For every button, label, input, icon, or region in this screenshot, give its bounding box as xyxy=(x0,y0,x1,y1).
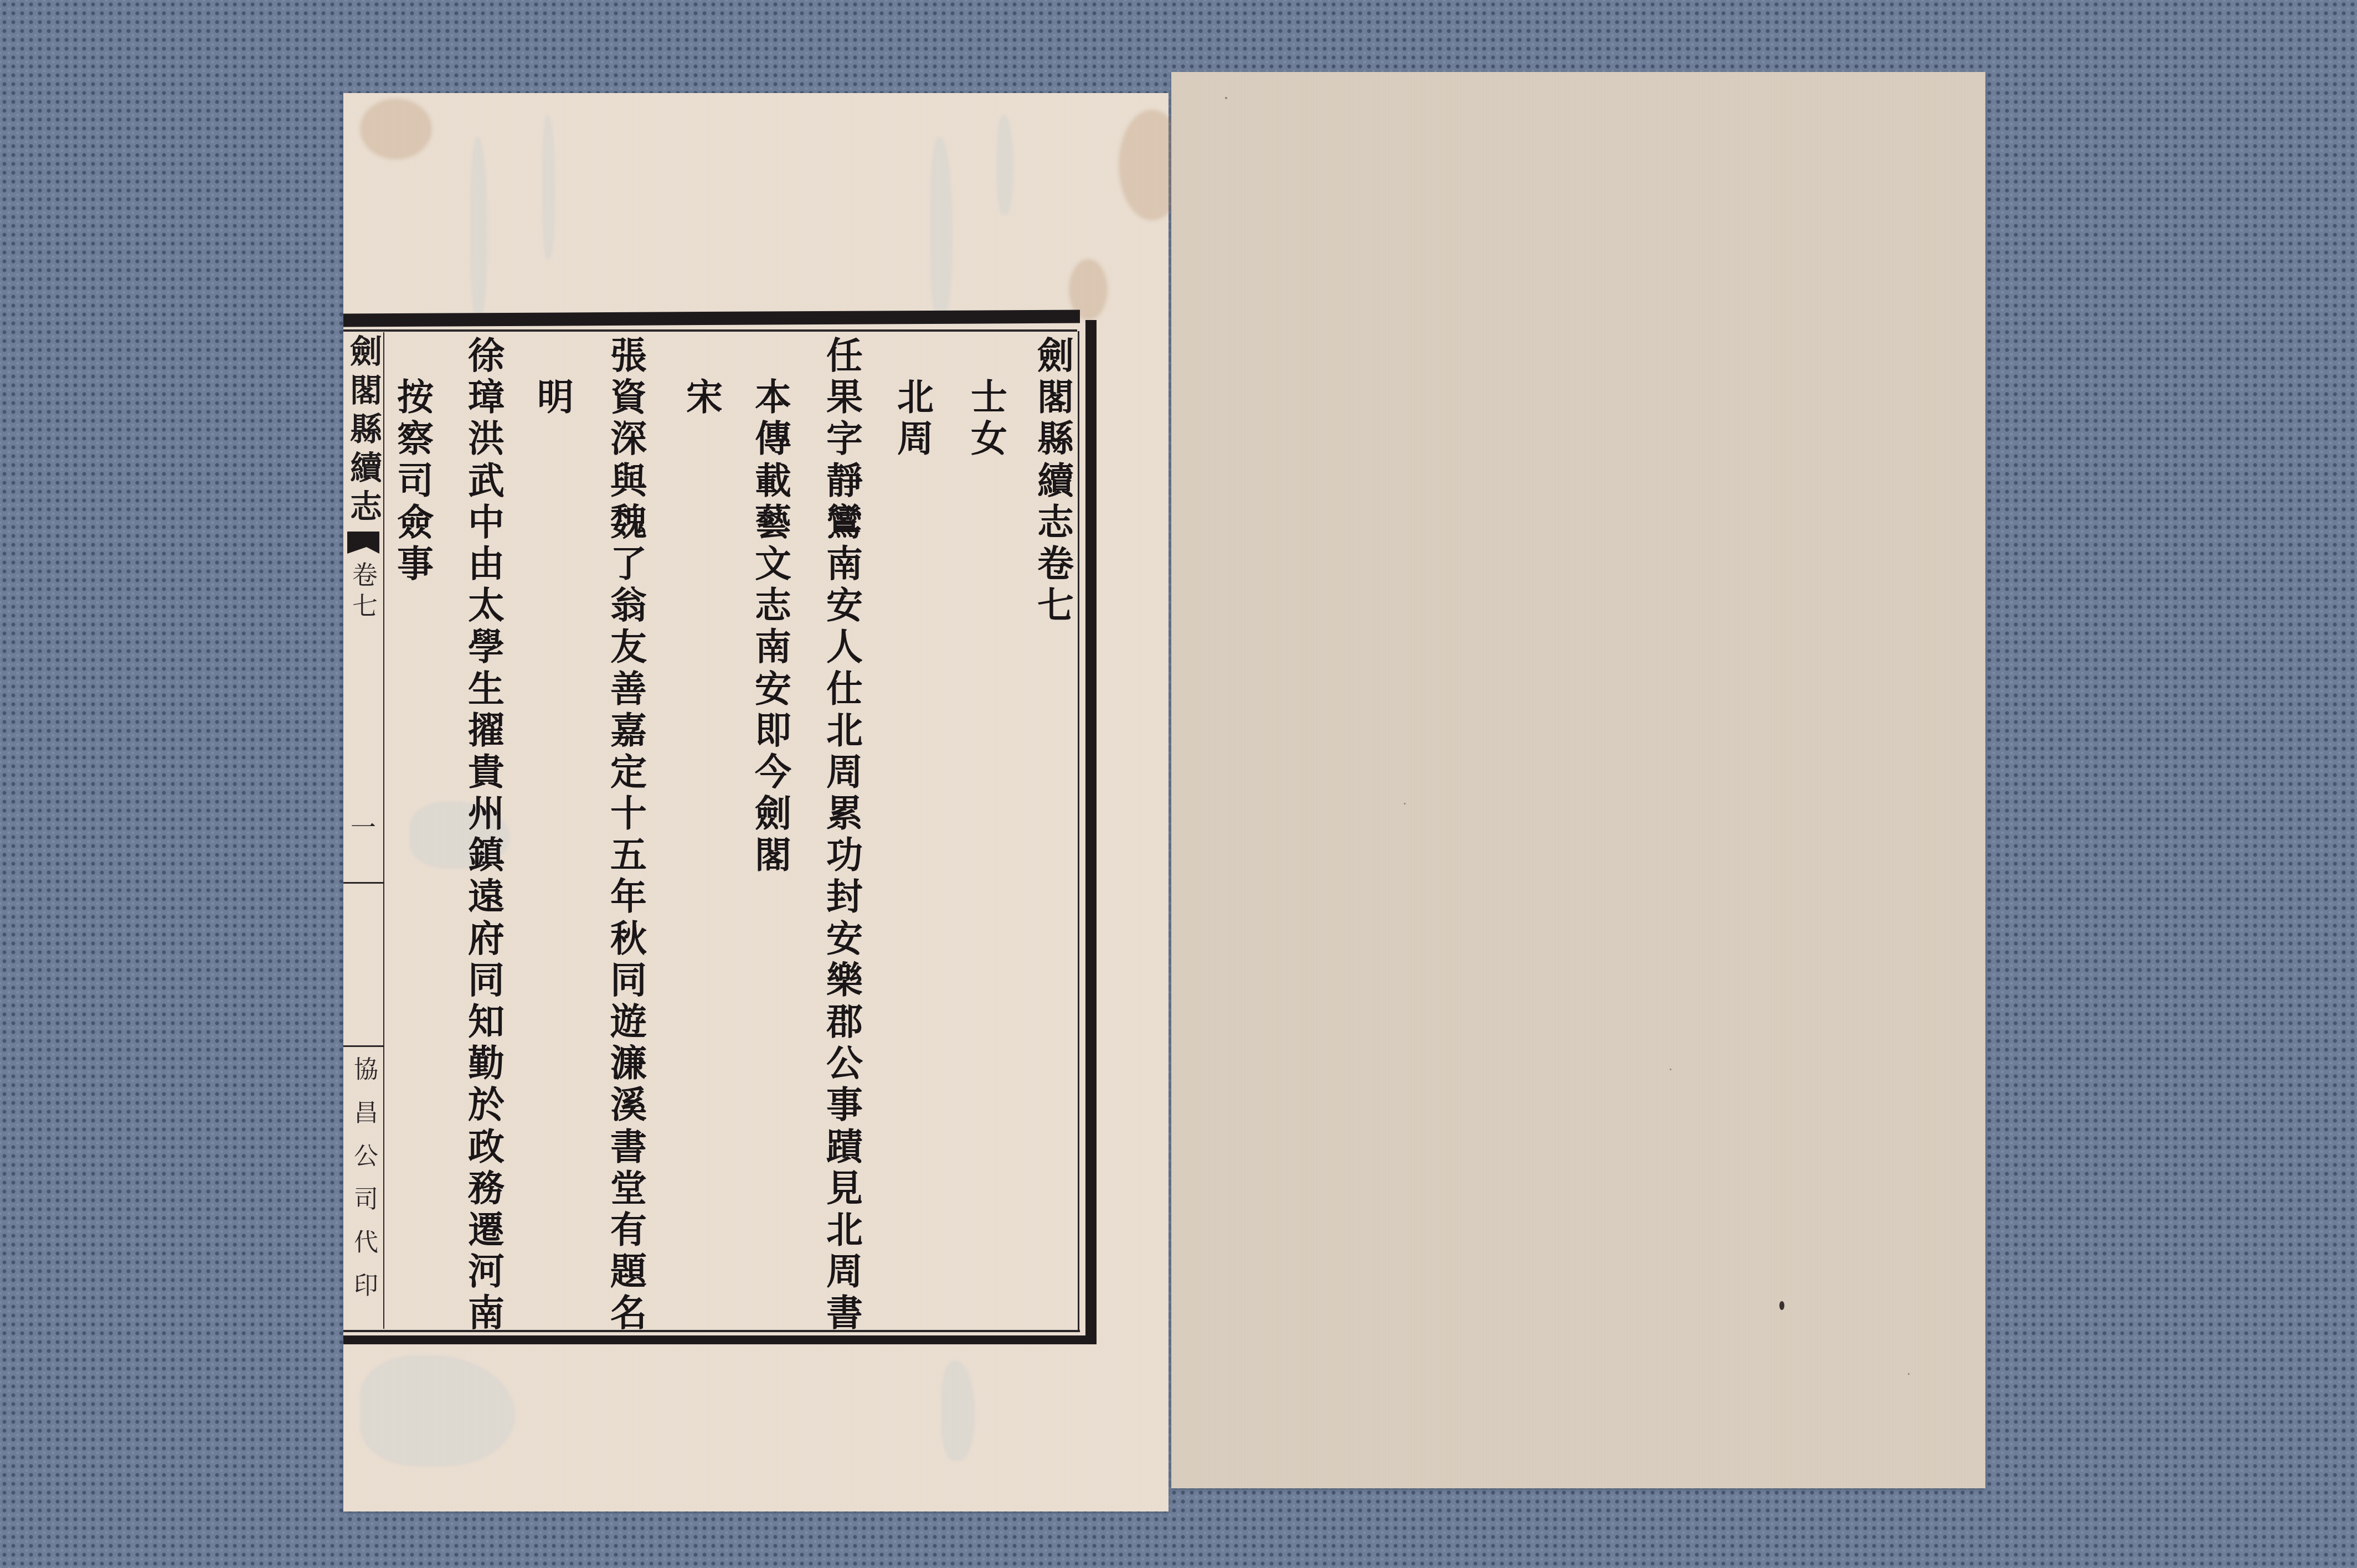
character: 資 xyxy=(605,376,652,418)
character: 志 xyxy=(1032,502,1079,543)
text-column-title: 劍閣縣續志卷七 xyxy=(1032,335,1079,626)
character: 善 xyxy=(605,668,652,710)
character: 遊 xyxy=(605,1001,652,1043)
text-column-entry-cont: 本傳載藝文志南安即今劍閣 xyxy=(750,335,796,876)
fiber-speck xyxy=(1908,1373,1910,1375)
character: 功 xyxy=(821,834,868,876)
center-fold-line xyxy=(383,332,384,1329)
character: 學 xyxy=(463,626,510,668)
character: 同 xyxy=(463,960,510,1001)
character: 務 xyxy=(463,1168,510,1209)
indent-space xyxy=(892,335,939,376)
text-column-dynasty: 宋 xyxy=(681,335,728,418)
character: 擢 xyxy=(463,710,510,751)
character: 卷 xyxy=(1032,543,1079,585)
water-stain xyxy=(360,99,432,159)
character: 年 xyxy=(605,876,652,917)
character: 公 xyxy=(821,1043,868,1084)
character: 封 xyxy=(821,876,868,917)
indent-space xyxy=(392,335,439,376)
right-page-blank xyxy=(1171,72,1985,1488)
character: 明 xyxy=(532,376,579,418)
indent-space xyxy=(750,335,796,376)
character: 友 xyxy=(605,626,652,668)
character: 縣 xyxy=(1032,418,1079,460)
character: 任 xyxy=(821,335,868,376)
character: 河 xyxy=(463,1251,510,1292)
character: 有 xyxy=(605,1209,652,1251)
center-fold-volume: 卷七 xyxy=(347,561,380,623)
character: 安 xyxy=(821,585,868,626)
frame-right-border xyxy=(1085,320,1097,1342)
water-stain xyxy=(360,1355,515,1466)
fiber-speck xyxy=(1225,97,1227,99)
character: 鸞 xyxy=(821,502,868,543)
left-page: 劍閣縣續志 卷七 一 協昌公司代印 劍閣縣續志卷七 士女 北周 任果字靜鸞南安人… xyxy=(343,93,1169,1512)
frame-bottom-inner-line xyxy=(343,1330,1080,1332)
character: 中 xyxy=(463,502,510,543)
water-stain xyxy=(471,137,487,320)
character: 深 xyxy=(605,418,652,460)
character: 宋 xyxy=(681,376,728,418)
character: 政 xyxy=(463,1126,510,1168)
character: 傳 xyxy=(750,418,796,460)
center-fold-printer: 協昌公司代印 xyxy=(347,1056,380,1316)
character: 北 xyxy=(821,1209,868,1251)
character: 周 xyxy=(821,1251,868,1292)
text-column-entry: 徐璋洪武中由太學生擢貴州鎮遠府同知勤於政務遷河南 xyxy=(463,335,510,1334)
character: 載 xyxy=(750,460,796,502)
character: 書 xyxy=(821,1292,868,1334)
character: 遠 xyxy=(463,876,510,917)
character: 書 xyxy=(605,1126,652,1168)
water-stain xyxy=(941,1361,975,1461)
text-column-entry: 張資深與魏了翁友善嘉定十五年秋同遊濂溪書堂有題名 xyxy=(605,335,652,1334)
character: 文 xyxy=(750,543,796,585)
character: 七 xyxy=(1032,585,1079,626)
text-column-dynasty: 明 xyxy=(532,335,579,418)
character: 濂 xyxy=(605,1043,652,1084)
character: 郡 xyxy=(821,1001,868,1043)
character: 司 xyxy=(392,460,439,502)
text-column-category: 士女 xyxy=(966,335,1012,460)
fish-tail-mark-icon xyxy=(347,532,379,554)
text-column-dynasty: 北周 xyxy=(892,335,939,460)
character: 南 xyxy=(750,626,796,668)
character: 貴 xyxy=(463,751,510,793)
character: 劍 xyxy=(1032,335,1079,376)
character: 州 xyxy=(463,793,510,834)
character: 武 xyxy=(463,460,510,502)
indent-space xyxy=(532,335,579,376)
character: 翁 xyxy=(605,585,652,626)
text-column-entry-cont: 按察司僉事 xyxy=(392,335,439,585)
character: 同 xyxy=(605,960,652,1001)
character: 蹟 xyxy=(821,1126,868,1168)
center-fold-title: 劍閣縣續志 xyxy=(347,334,380,528)
character: 勤 xyxy=(463,1043,510,1084)
character: 鎮 xyxy=(463,834,510,876)
character: 五 xyxy=(605,834,652,876)
character: 本 xyxy=(750,376,796,418)
water-stain xyxy=(543,115,555,259)
character: 累 xyxy=(821,793,868,834)
center-fold-page-number: 一 xyxy=(347,807,380,847)
character: 北 xyxy=(892,376,939,418)
center-fold-divider xyxy=(343,1045,383,1047)
character: 周 xyxy=(892,418,939,460)
character: 見 xyxy=(821,1168,868,1209)
character: 志 xyxy=(750,585,796,626)
character: 十 xyxy=(605,793,652,834)
ink-spot xyxy=(1779,1301,1784,1310)
character: 太 xyxy=(463,585,510,626)
character: 藝 xyxy=(750,502,796,543)
frame-top-border xyxy=(343,310,1080,327)
character: 府 xyxy=(463,918,510,960)
character: 閣 xyxy=(750,834,796,876)
character: 張 xyxy=(605,335,652,376)
frame-top-inner-line xyxy=(343,329,1077,332)
character: 靜 xyxy=(821,460,868,502)
character: 魏 xyxy=(605,502,652,543)
water-stain xyxy=(930,137,953,320)
character: 與 xyxy=(605,460,652,502)
character: 遷 xyxy=(463,1209,510,1251)
fiber-speck xyxy=(1670,1069,1671,1070)
character: 堂 xyxy=(605,1168,652,1209)
character: 徐 xyxy=(463,335,510,376)
character: 劍 xyxy=(750,793,796,834)
character: 南 xyxy=(463,1292,510,1334)
center-fold-column: 劍閣縣續志 卷七 xyxy=(347,334,380,623)
character: 名 xyxy=(605,1292,652,1334)
character: 定 xyxy=(605,751,652,793)
character: 溪 xyxy=(605,1084,652,1126)
character: 安 xyxy=(750,668,796,710)
character: 女 xyxy=(966,418,1012,460)
character: 人 xyxy=(821,626,868,668)
character: 知 xyxy=(463,1001,510,1043)
character: 續 xyxy=(1032,460,1079,502)
character: 察 xyxy=(392,418,439,460)
indent-space xyxy=(966,335,1012,376)
character: 璋 xyxy=(463,376,510,418)
text-column-entry: 任果字靜鸞南安人仕北周累功封安樂郡公事蹟見北周書 xyxy=(821,335,868,1334)
character: 嘉 xyxy=(605,710,652,751)
frame-bottom-border xyxy=(343,1335,1097,1344)
character: 僉 xyxy=(392,502,439,543)
character: 仕 xyxy=(821,668,868,710)
character: 士 xyxy=(966,376,1012,418)
character: 今 xyxy=(750,751,796,793)
water-stain xyxy=(997,115,1013,215)
character: 果 xyxy=(821,376,868,418)
character: 北 xyxy=(821,710,868,751)
character: 即 xyxy=(750,710,796,751)
character: 事 xyxy=(392,543,439,585)
character: 南 xyxy=(821,543,868,585)
character: 於 xyxy=(463,1084,510,1126)
character: 周 xyxy=(821,751,868,793)
character: 樂 xyxy=(821,960,868,1001)
character: 安 xyxy=(821,918,868,960)
character: 由 xyxy=(463,543,510,585)
center-fold-divider xyxy=(343,882,383,884)
character: 了 xyxy=(605,543,652,585)
character: 秋 xyxy=(605,918,652,960)
fiber-speck xyxy=(1404,803,1406,804)
character: 字 xyxy=(821,418,868,460)
character: 洪 xyxy=(463,418,510,460)
character: 閣 xyxy=(1032,376,1079,418)
character: 事 xyxy=(821,1084,868,1126)
character: 生 xyxy=(463,668,510,710)
indent-space xyxy=(681,335,728,376)
character: 題 xyxy=(605,1251,652,1292)
character: 按 xyxy=(392,376,439,418)
